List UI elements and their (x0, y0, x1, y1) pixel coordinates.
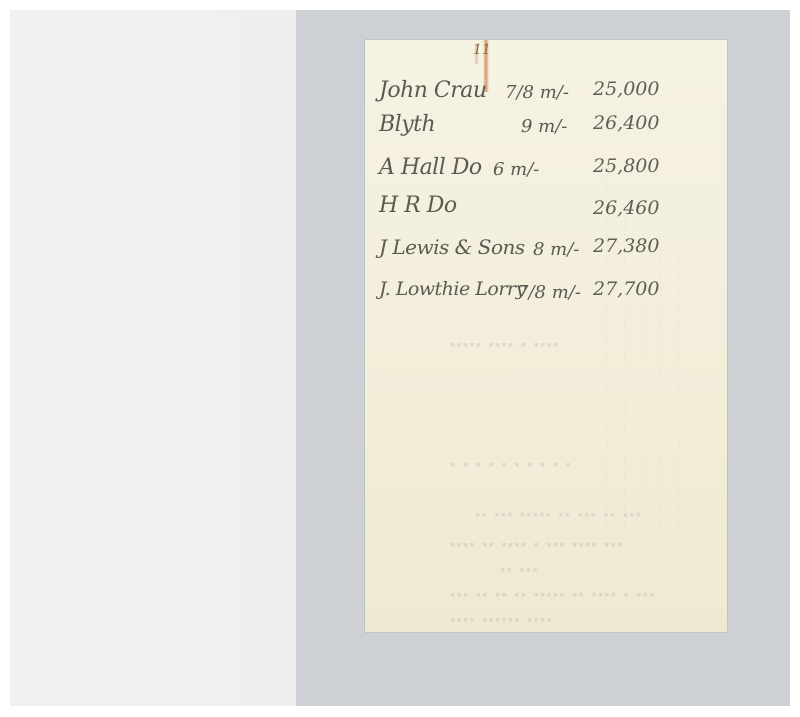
entry-name: J. Lowthie Lorry (379, 278, 526, 300)
entry-row: J. Lowthie Lorry 7/8 m/- 27,700 (365, 278, 727, 314)
entry-name: Blyth (379, 112, 435, 137)
entry-amount: 26,460 (593, 197, 659, 219)
entry-row: Blyth 9 m/- 26,400 (365, 112, 727, 148)
entry-row: J Lewis & Sons 8 m/- 27,380 (365, 235, 727, 271)
bleed-through-text: ▪▪ ▪▪▪ ▪▪▪▪▪ ▪▪ ▪▪▪ ▪▪ ▪▪▪ (475, 510, 642, 520)
bleed-through-text: ▪▪▪▪ ▪▪ ▪▪▪▪ ▪ ▪▪▪ ▪▪▪▪ ▪▪▪ (450, 540, 623, 550)
entry-name: J Lewis & Sons (379, 235, 525, 259)
entry-term: 8 m/- (533, 239, 579, 260)
bleed-through-text: ▪▪▪▪▪ ▪▪▪▪ ▪ ▪▪▪▪ (450, 340, 559, 350)
entry-row: John Crau 7/8 m/- 25,000 (365, 78, 727, 114)
page-mark: 11 (473, 42, 491, 58)
entry-amount: 25,000 (593, 78, 659, 100)
entry-term: 7/8 m/- (505, 82, 569, 103)
entry-amount: 27,700 (593, 278, 659, 300)
bleed-through-text: ▪ ▪ ▪ ▪ ▪ ▪ ▪ ▪ ▪ ▪ (450, 460, 572, 470)
entry-term: 9 m/- (521, 116, 567, 137)
blank-left-sheet (10, 10, 340, 706)
bleed-through-text: ▪▪▪ ▪▪ ▪▪ ▪▪ ▪▪▪▪▪ ▪▪ ▪▪▪▪ ▪ ▪▪▪ (450, 590, 655, 600)
entry-amount: 26,400 (593, 112, 659, 134)
entry-name: A Hall Do (379, 155, 482, 180)
entry-term: 7/8 m/- (517, 282, 581, 303)
entry-name: H R Do (379, 193, 457, 218)
note-paper: 11 ·· ···· ····· ··· ···· ······ ··· ···… (365, 40, 727, 632)
entry-term: 6 m/- (493, 159, 539, 180)
entry-amount: 27,380 (593, 235, 659, 257)
entry-name: John Crau (379, 78, 487, 103)
entry-row: A Hall Do 6 m/- 25,800 (365, 155, 727, 191)
bleed-through-text: ▪▪▪▪ ▪▪▪▪▪▪ ▪▪▪▪ (450, 615, 553, 625)
entry-row: H R Do 26,460 (365, 193, 727, 229)
entry-amount: 25,800 (593, 155, 659, 177)
bleed-through-text: ▪▪ ▪▪▪ (500, 565, 539, 575)
